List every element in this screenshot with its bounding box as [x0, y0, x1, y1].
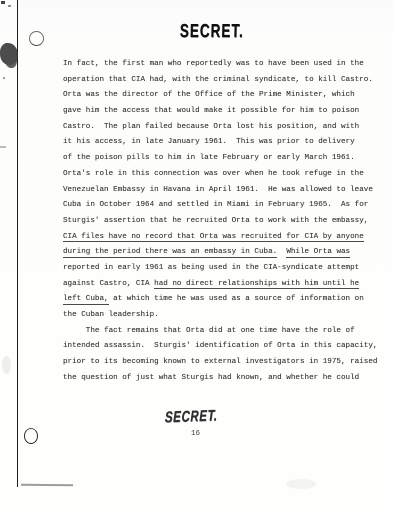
text-line: Venezuelan Embassy in Havana in April 19… [63, 183, 385, 199]
scan-edge-line [21, 484, 73, 486]
text-line: it his access, in late January 1961. Thi… [63, 135, 385, 151]
text-segment: the question of just what Sturgis had kn… [63, 374, 359, 382]
scan-smudge [286, 479, 316, 489]
scanned-document-page: SECRET. In fact, the first man who repor… [0, 0, 393, 512]
text-line: The fact remains that Orta did at one ti… [63, 324, 385, 340]
text-segment [277, 248, 286, 256]
text-segment: Sturgis' assertion that he recruited Ort… [63, 217, 368, 225]
text-segment: prior to its becoming known to external … [63, 358, 377, 366]
text-segment: Orta's role in this connection was over … [63, 170, 364, 178]
text-line: during the period there was an embassy i… [63, 245, 385, 261]
text-line: CIA files have no record that Orta was r… [63, 230, 385, 246]
text-line: Cuba in October 1964 and settled in Miam… [63, 198, 385, 214]
text-line: intended assassin. Sturgis' identificati… [63, 339, 385, 355]
scan-speck [1, 1, 5, 4]
text-line: reported in early 1961 as being used in … [63, 261, 385, 277]
text-line: of the poison pills to him in late Febru… [63, 151, 385, 167]
underlined-text: had no direct relationships with him unt… [154, 280, 359, 290]
document-text: In fact, the first man who reportedly wa… [63, 57, 385, 386]
text-line: Orta was the director of the Office of t… [63, 88, 385, 104]
scan-speck [8, 5, 11, 7]
text-segment: at which time he was used as a source of… [109, 295, 364, 303]
text-line: Castro. The plan failed because Orta los… [63, 120, 385, 136]
text-segment: reported in early 1961 as being used in … [63, 264, 359, 272]
scan-smudge [0, 146, 6, 148]
text-segment: gave him the access that would make it p… [63, 107, 359, 115]
text-line: the Cuban leadership. [63, 308, 385, 324]
text-segment: Venezuelan Embassy in Havana in April 19… [63, 186, 373, 194]
text-segment: it his access, in late January 1961. Thi… [63, 138, 355, 146]
scan-ink-smudge [0, 43, 18, 65]
underlined-text: CIA files have no record that Orta was r… [63, 233, 364, 243]
scan-fold-line [17, 0, 18, 487]
secret-stamp-top: SECRET. [179, 20, 244, 41]
text-line: left Cuba, at which time he was used as … [63, 292, 385, 308]
text-segment: intended assassin. Sturgis' identificati… [63, 342, 377, 350]
text-segment: the Cuban leadership. [63, 311, 159, 319]
text-line: against Castro, CIA had no direct relati… [63, 277, 385, 293]
text-line: gave him the access that would make it p… [63, 104, 385, 120]
hole-punch-mark-bottom [24, 428, 38, 444]
text-line: Sturgis' assertion that he recruited Ort… [63, 214, 385, 230]
text-line: In fact, the first man who reportedly wa… [63, 57, 385, 73]
text-line: the question of just what Sturgis had kn… [63, 371, 385, 387]
text-segment: Orta was the director of the Office of t… [63, 91, 355, 99]
page-number: 16 [191, 430, 200, 438]
text-segment: Castro. The plan failed because Orta los… [63, 123, 359, 131]
text-segment: Cuba in October 1964 and settled in Miam… [63, 201, 368, 209]
hole-punch-mark-top [29, 31, 44, 46]
text-segment: operation that CIA had, with the crimina… [63, 76, 373, 84]
text-segment: The fact remains that Orta did at one ti… [86, 327, 355, 335]
scan-smudge [2, 356, 11, 374]
text-segment: of the poison pills to him in late Febru… [63, 154, 355, 162]
text-segment: against Castro, CIA [63, 280, 154, 288]
underlined-text: While Orta was [286, 248, 350, 258]
secret-stamp-bottom: SECRET. [164, 408, 219, 426]
text-segment: In fact, the first man who reportedly wa… [63, 60, 364, 68]
underlined-text: during the period there was an embassy i… [63, 248, 277, 258]
text-line: prior to its becoming known to external … [63, 355, 385, 371]
scan-speck [3, 77, 5, 79]
underlined-text: left Cuba, [63, 295, 109, 305]
text-line: operation that CIA had, with the crimina… [63, 73, 385, 89]
text-line: Orta's role in this connection was over … [63, 167, 385, 183]
